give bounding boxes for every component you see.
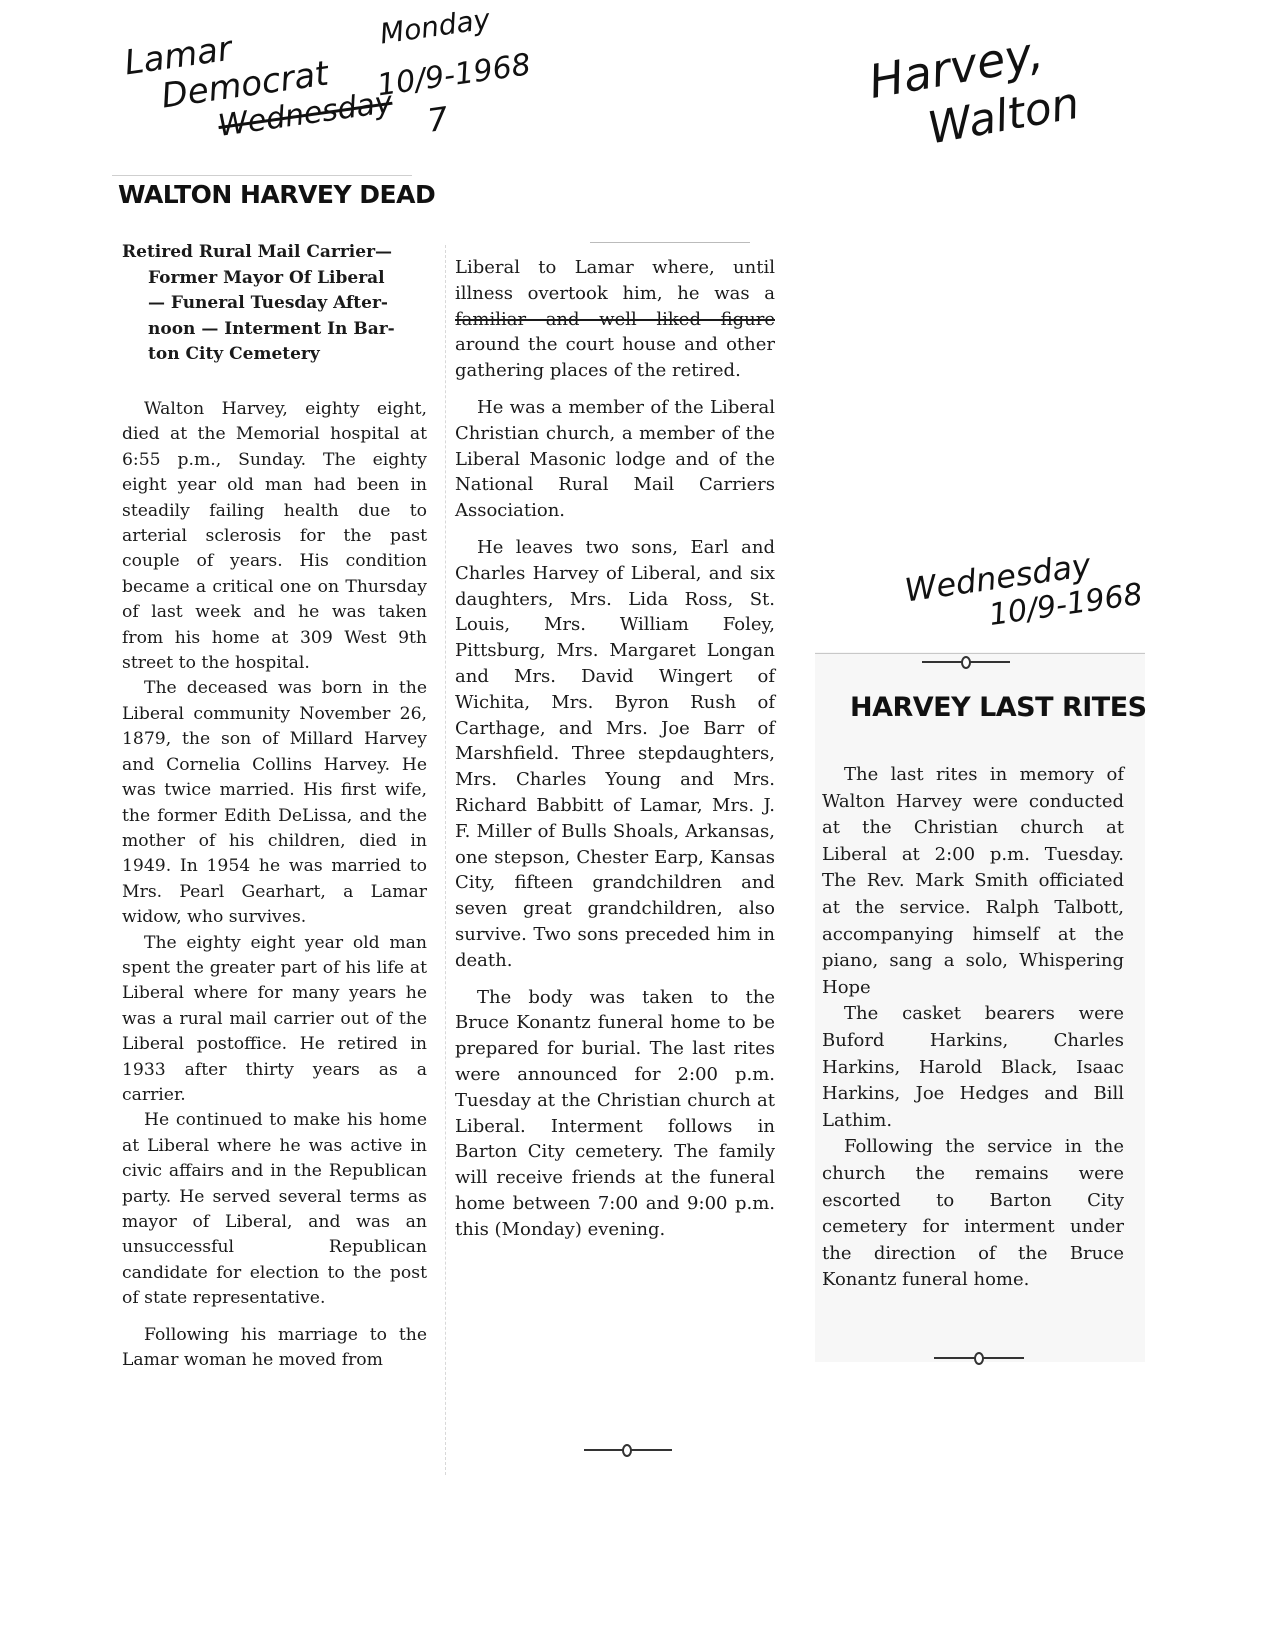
article1-subheadline: Retired Rural Mail Carrier— Former Mayor… xyxy=(122,240,427,368)
end-mark-circle xyxy=(622,1444,632,1457)
article-paragraph: He continued to make his home at Liberal… xyxy=(122,1108,427,1311)
article-paragraph: He leaves two sons, Earl and Charles Har… xyxy=(455,535,775,974)
deck-line: — Funeral Tuesday After- xyxy=(122,291,427,317)
article-paragraph: Following the service in the church the … xyxy=(822,1134,1124,1294)
handwritten-source-annotation: Lamar Democrat Wednesday Monday 10/9-196… xyxy=(112,0,545,149)
article2-top-edge xyxy=(815,653,1145,654)
deck-line: noon — Interment In Bar- xyxy=(122,317,427,343)
clipping-top-edge xyxy=(112,175,412,176)
article2-body: The last rites in memory of Walton Harve… xyxy=(822,762,1124,1294)
continued-text: around the court house and other gatheri… xyxy=(455,334,775,381)
handwritten-date: 10/9-1968 xyxy=(375,50,532,101)
article1-column2: Liberal to Lamar where, until illness ov… xyxy=(455,255,775,1242)
continued-text: Liberal to Lamar where, until illness ov… xyxy=(455,257,775,304)
article-paragraph: The deceased was born in the Liberal com… xyxy=(122,676,427,930)
article-paragraph: He was a member of the Liberal Christian… xyxy=(455,395,775,524)
article-paragraph: The eighty eight year old man spent the … xyxy=(122,931,427,1109)
handwritten-second-date-annotation: Wednesday 10/9-1968 xyxy=(900,519,1169,634)
clipping-cut-edge xyxy=(445,245,446,1475)
article-paragraph: The body was taken to the Bruce Konantz … xyxy=(455,985,775,1243)
handwritten-corrected-day: Monday xyxy=(378,5,491,48)
article-paragraph-continued: Liberal to Lamar where, until illness ov… xyxy=(455,255,775,384)
article1-column1: Walton Harvey, eighty eight, died at the… xyxy=(122,397,427,1373)
handwritten-subject-annotation: Harvey, Walton xyxy=(862,0,1139,158)
deck-line: ton City Cemetery xyxy=(122,342,427,368)
article2-headline: HARVEY LAST RITES xyxy=(850,692,1147,723)
end-mark-circle xyxy=(974,1352,984,1365)
column2-top-edge xyxy=(590,242,750,243)
article-paragraph: The last rites in memory of Walton Harve… xyxy=(822,762,1124,1001)
article-paragraph: Walton Harvey, eighty eight, died at the… xyxy=(122,397,427,676)
article-paragraph: The casket bearers were Buford Harkins, … xyxy=(822,1001,1124,1134)
top-mark-circle xyxy=(961,656,971,669)
struck-through-text: familiar and well liked figure xyxy=(455,309,775,330)
deck-line: Former Mayor Of Liberal xyxy=(122,266,427,292)
deck-line: Retired Rural Mail Carrier— xyxy=(122,240,427,266)
article1-headline: WALTON HARVEY DEAD xyxy=(118,180,435,209)
article-paragraph: Following his marriage to the Lamar woma… xyxy=(122,1323,427,1374)
handwritten-page-number: 7 xyxy=(426,102,451,137)
